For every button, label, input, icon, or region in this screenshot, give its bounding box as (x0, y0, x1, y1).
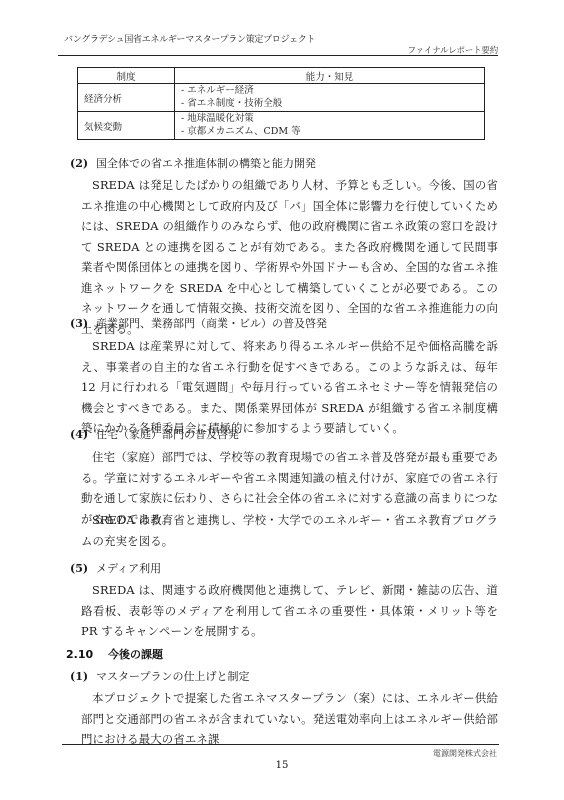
institution-cell: 気候変動 (78, 112, 175, 140)
subsection-title: メディア利用 (96, 562, 161, 575)
body-paragraph: 本プロジェクトで提案した省エネマスタープラン（案）には、エネルギー供給部門と交通… (81, 688, 498, 750)
subsection-heading: (5)メディア利用 (70, 560, 161, 576)
capability-item: - 省エネ制度・技術全般 (181, 98, 478, 111)
body-paragraph: SREDA は産業界に対して、将来あり得るエネルギー供給不足や価格高騰を訴え、事… (81, 336, 498, 439)
subsection-title: マスタープランの仕上げと制定 (96, 670, 249, 683)
subsection-title: 国全体での省エネ推進体制の構築と能力開発 (96, 157, 316, 170)
capability-cell: - エネルギー経済 - 省エネ制度・技術全般 (175, 84, 485, 112)
table-row: 経済分析 - エネルギー経済 - 省エネ制度・技術全般 (78, 84, 485, 112)
capability-cell: - 地球温暖化対策 - 京都メカニズム、CDM 等 (175, 112, 485, 140)
column-header-capability: 能力・知見 (175, 68, 485, 84)
body-paragraph: SREDA は教育省と連携し、学校・大学でのエネルギー・省エネ教育プログラムの充… (81, 510, 498, 551)
footer-divider (62, 744, 499, 745)
subsection-number: (2) (70, 157, 96, 170)
subsection-number: (5) (70, 562, 96, 575)
subsection-number: (4) (70, 428, 96, 441)
page-number: 15 (0, 760, 564, 771)
company-name: 電源開発株式会社 (433, 748, 497, 759)
subsection-number: (1) (70, 670, 96, 683)
column-header-institution: 制度 (78, 68, 175, 84)
subsection-heading: (1)マスタープランの仕上げと制定 (70, 668, 249, 684)
table-row: 気候変動 - 地球温暖化対策 - 京都メカニズム、CDM 等 (78, 112, 485, 140)
subsection-title: 産業部門、業務部門（商業・ビル）の普及啓発 (96, 317, 327, 330)
section-heading: 2.10今後の課題 (66, 646, 163, 662)
section-number: 2.10 (66, 648, 108, 661)
subsection-heading: (4)住宅（家庭）部門の普及啓発 (70, 426, 239, 442)
capability-table: 制度 能力・知見 経済分析 - エネルギー経済 - 省エネ制度・技術全般 気候変… (77, 67, 485, 140)
section-title: 今後の課題 (108, 648, 163, 661)
capability-item: - 地球温暖化対策 (181, 113, 478, 126)
document-title: バングラデシュ国省エネルギーマスタープラン策定プロジェクト (64, 32, 315, 45)
subsection-title: 住宅（家庭）部門の普及啓発 (96, 428, 239, 441)
capability-item: - 京都メカニズム、CDM 等 (181, 126, 478, 139)
subsection-number: (3) (70, 317, 96, 330)
header-divider (58, 55, 498, 56)
table-header-row: 制度 能力・知見 (78, 68, 485, 84)
body-paragraph: SREDA は、関連する政府機関他と連携して、テレビ、新聞・雑誌の広告、道路看板… (81, 580, 498, 642)
capability-item: - エネルギー経済 (181, 85, 478, 98)
subsection-heading: (3)産業部門、業務部門（商業・ビル）の普及啓発 (70, 315, 327, 331)
institution-cell: 経済分析 (78, 84, 175, 112)
subsection-heading: (2)国全体での省エネ推進体制の構築と能力開発 (70, 155, 316, 171)
